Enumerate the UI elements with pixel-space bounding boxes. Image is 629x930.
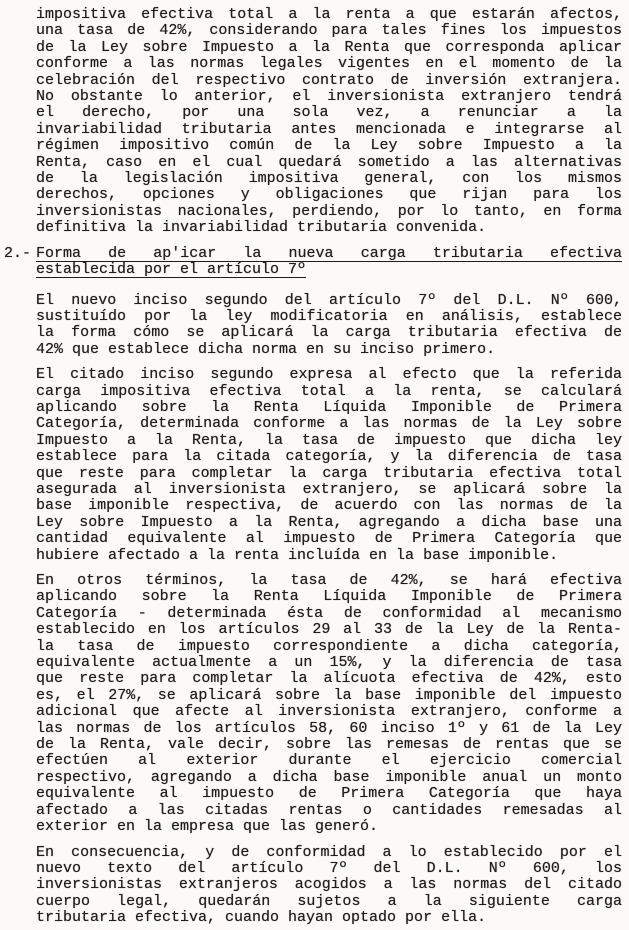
text-line: Categoría, determinada conforme a las no… (36, 416, 622, 432)
text-line: aplicando sobre la Renta Líquida Imponib… (36, 589, 622, 605)
text-line: régimen impositivo común de la Ley sobre… (36, 138, 622, 154)
text-line: de la legislación impositiva general, co… (36, 171, 622, 187)
text-line: invariabilidad tributaria antes menciona… (36, 122, 622, 138)
text-line: derechos, opciones y obligaciones que ri… (36, 187, 622, 203)
continuation-paragraph: impositiva efectiva total a la renta a q… (36, 7, 622, 237)
text-line: Categoría - determinada ésta de conformi… (36, 606, 622, 622)
paragraph: En otros términos, la tasa de 42%, se ha… (36, 573, 622, 836)
paragraph: El citado inciso segundo expresa al efec… (36, 367, 622, 564)
text-line: establece para la citada categoría, y la… (36, 449, 622, 465)
text-line: las normas de los artículos 58, 60 incis… (36, 721, 622, 737)
text-line: establecido en los artículos 29 al 33 de… (36, 622, 622, 638)
text-line: cantidad equivalente al impuesto de Prim… (36, 531, 622, 547)
text-line: nuevo texto del artículo 7º del D.L. Nº … (36, 861, 622, 877)
text-line: la tasa de impuesto correspondiente a di… (36, 639, 622, 655)
paragraph: El nuevo inciso segundo del artículo 7º … (36, 293, 622, 359)
heading-line: establecida por el artículo 7º (36, 262, 622, 278)
section-number: 2.- (4, 246, 31, 262)
text-line: es, el 27%, se aplicará sobre la base im… (36, 688, 622, 704)
heading-line: Forma de ap'icar la nueva carga tributar… (36, 246, 622, 262)
text-line: En consecuencia, y de conformidad a lo e… (36, 845, 622, 861)
text-line: Impuesto a la Renta, la tasa de impuesto… (36, 433, 622, 449)
text-line: No obstante lo anterior, el inversionist… (36, 89, 622, 105)
text-line: impositiva efectiva total a la renta a q… (36, 7, 622, 23)
paragraph: En consecuencia, y de conformidad a lo e… (36, 845, 622, 927)
text-line: definitiva la invariabilidad tributaria … (36, 220, 622, 236)
text-line: adicional que afecte al inversionista ex… (36, 704, 622, 720)
text-line: efectúen al exterior durante el ejercici… (36, 753, 622, 769)
text-line: sustituído por la ley modificatoria en a… (36, 309, 622, 325)
text-line: Ley sobre Impuesto a la Renta, agregando… (36, 515, 622, 531)
text-line: hubiere afectado a la renta incluída en … (36, 548, 622, 564)
text-line: aplicando sobre la Renta Líquida Imponib… (36, 400, 622, 416)
text-line: cuerpo legal, quedarán sujetos a la sigu… (36, 894, 622, 910)
text-line: 42% que establece dicha norma en su inci… (36, 342, 622, 358)
text-line: carga impositiva efectiva total a la ren… (36, 384, 622, 400)
text-line: asegurada al inversionista extranjero, s… (36, 482, 622, 498)
text-line: afectado a las citadas rentas o cantidad… (36, 803, 622, 819)
text-line: equivalente al impuesto de Primera Categ… (36, 786, 622, 802)
text-line: Renta, caso en el cual quedará sometido … (36, 155, 622, 171)
text-line: de la Renta, vale decir, sobre las remes… (36, 737, 622, 753)
scanned-page: { "page": { "paper_color": "#fbfaf7", "i… (0, 0, 629, 930)
text-line: respectivo, agregando a dicha base impon… (36, 770, 622, 786)
text-line: tributaria efectiva, cuando hayan optado… (36, 910, 622, 926)
document-page: impositiva efectiva total a la renta a q… (0, 0, 629, 930)
text-line: una tasa de 42%, considerando para tales… (36, 23, 622, 39)
section-2-heading: 2.-Forma de ap'icar la nueva carga tribu… (36, 246, 622, 279)
text-line: que reste para completar la alícuota efe… (36, 671, 622, 687)
text-line: equivalente actualmente a un 15%, y la d… (36, 655, 622, 671)
text-line: En otros términos, la tasa de 42%, se ha… (36, 573, 622, 589)
text-line: inversionistas nacionales, perdiendo, po… (36, 204, 622, 220)
text-line: celebración del respectivo contrato de i… (36, 73, 622, 89)
text-line: la forma cómo se aplicará la carga tribu… (36, 325, 622, 341)
text-line: el derecho, por una sola vez, a renuncia… (36, 105, 622, 121)
text-line: exterior en la empresa que las generó. (36, 819, 622, 835)
text-line: conforme a las normas legales vigentes e… (36, 56, 622, 72)
text-line: El citado inciso segundo expresa al efec… (36, 367, 622, 383)
text-line: inversionistas extranjeros acogidos a la… (36, 877, 622, 893)
text-line: de la Ley sobre Impuesto a la Renta que … (36, 40, 622, 56)
text-line: base imponible respectiva, de acuerdo co… (36, 498, 622, 514)
text-line: El nuevo inciso segundo del artículo 7º … (36, 293, 622, 309)
text-line: que reste para completar la carga tribut… (36, 466, 622, 482)
